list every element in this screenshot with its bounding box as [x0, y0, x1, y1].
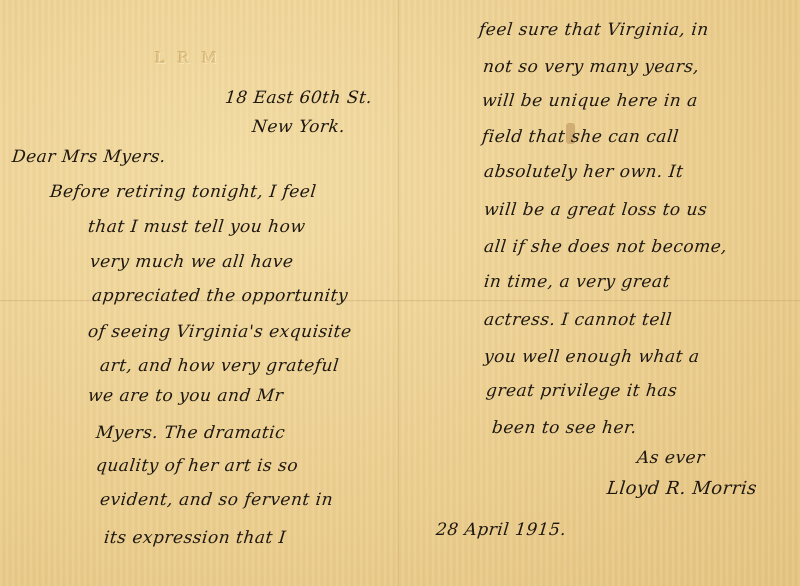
body-line: quality of her art is so — [95, 456, 299, 476]
body-line: its expression that I — [103, 528, 287, 548]
body-line: you well enough what a — [483, 347, 701, 367]
body-line: in time, a very great — [483, 272, 671, 292]
body-line: been to see her. — [491, 418, 638, 438]
body-line: feel sure that Virginia, in — [478, 20, 710, 40]
body-line: that I must tell you how — [87, 217, 307, 237]
letter-date: 28 April 1915. — [435, 520, 567, 540]
body-line: Before retiring tonight, I feel — [49, 182, 317, 202]
body-line: absolutely her own. It — [483, 162, 684, 182]
closing: As ever — [636, 448, 706, 468]
body-line: Myers. The dramatic — [95, 423, 286, 443]
signature: Lloyd R. Morris — [606, 478, 758, 499]
body-line: of seeing Virginia's exquisite — [87, 322, 353, 342]
body-line: not so very many years, — [482, 57, 700, 77]
body-line: art, and how very grateful — [99, 356, 340, 376]
body-line: great privilege it has — [485, 381, 678, 401]
body-line: will be unique here in a — [481, 91, 699, 111]
address-line-2: New York. — [251, 117, 346, 137]
salutation: Dear Mrs Myers. — [11, 147, 167, 167]
body-line: we are to you and Mr — [87, 386, 284, 406]
vertical-fold — [397, 0, 400, 586]
body-line: will be a great loss to us — [483, 200, 708, 220]
body-line: all if she does not become, — [483, 237, 728, 257]
body-line: actress. I cannot tell — [483, 310, 673, 330]
body-line: field that she can call — [481, 127, 680, 147]
body-line: very much we all have — [89, 252, 295, 272]
address-line-1: 18 East 60th St. — [224, 88, 373, 108]
body-line: appreciated the opportunity — [91, 286, 349, 306]
embossed-monogram: L R M — [155, 49, 221, 67]
body-line: evident, and so fervent in — [99, 490, 334, 510]
letter-page: L R M 18 East 60th St. New York. Dear Mr… — [0, 0, 800, 586]
